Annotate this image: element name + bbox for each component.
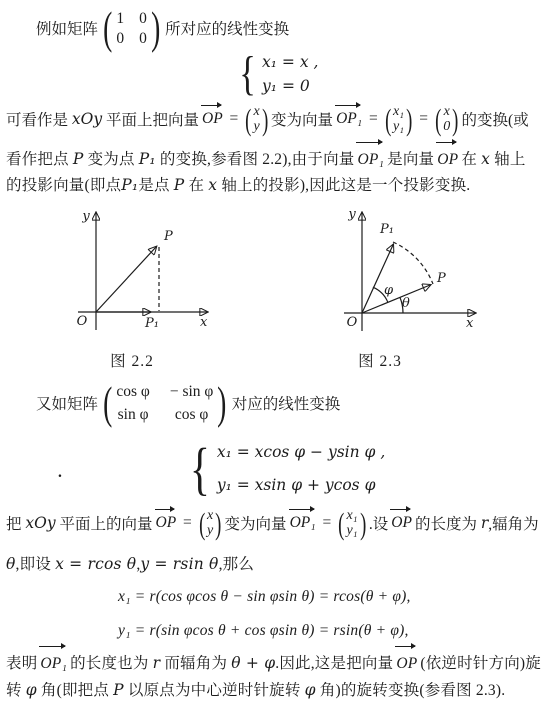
- matrix-cell: 0: [139, 10, 147, 27]
- text-run: 轴上: [490, 151, 525, 168]
- math-run: P: [73, 150, 84, 168]
- vector-op: OP: [155, 514, 178, 532]
- text-run: 对应的线性变换: [232, 392, 341, 414]
- point-p-label: P: [436, 271, 446, 286]
- figure-2-3-rotation: y P₁ P φ θ O x: [330, 202, 490, 342]
- text-run: 转: [6, 682, 26, 699]
- math-run: xOy: [25, 514, 55, 532]
- equation-y1-rotation: y₁ = r(sin φcos θ + cos φsin θ) = rsin(θ…: [118, 622, 409, 640]
- text-run: 平面上把向量: [102, 108, 199, 130]
- text-run: 的变换,参看图 2.2),由于向量: [156, 151, 355, 168]
- right-paren: ): [452, 104, 458, 135]
- vector-label: OP: [391, 514, 412, 531]
- math-run: θ: [6, 555, 16, 573]
- math-run: y = rsin θ: [140, 555, 218, 573]
- text-run: 而辐角为: [160, 655, 231, 672]
- math-run: x = rcos θ: [55, 555, 136, 573]
- paragraph-conclusion-line2: 转 φ 角(即把点 P 以原点为中心逆时针旋转 φ 角)的旋转变换(参看图 2.…: [6, 677, 554, 704]
- point-p1-label: P₁: [379, 222, 394, 237]
- vector-label: OP₁: [290, 514, 316, 531]
- paragraph-projection-line1: 可看作是 xOy 平面上把向量OP = (xy)变为向量OP₁ = (x₁y₁)…: [6, 96, 529, 142]
- vector-label: OP₁: [357, 151, 384, 168]
- vector-arrow-icon: [390, 509, 410, 510]
- left-paren: (: [245, 104, 251, 135]
- right-paren: ): [217, 380, 226, 426]
- vector-op: OP: [201, 110, 224, 128]
- point-p1-label: P₁: [144, 316, 159, 331]
- math-run: φ: [305, 681, 316, 699]
- vector-label: OP₁: [40, 655, 67, 672]
- matrix-2x2-projection: (1000): [100, 5, 163, 51]
- text-run: 的长度也为: [70, 655, 153, 672]
- text-run: 的变换(或: [462, 108, 529, 130]
- text-run: =: [226, 110, 243, 128]
- y-axis-label: y: [81, 209, 90, 224]
- theta-label: θ: [402, 296, 410, 311]
- math-run: P₁: [139, 150, 156, 168]
- vector-op1-line: [362, 245, 393, 313]
- equation-line: y₁ = 0: [262, 74, 318, 98]
- vector-entry: y: [207, 523, 213, 538]
- text-run: 看作把点: [6, 151, 73, 168]
- figure-2-3-caption: 图 2.3: [330, 349, 430, 371]
- column-vector-x1y1: (x₁y₁): [336, 508, 368, 539]
- vector-entry: y₁: [393, 119, 404, 134]
- text-run: 又如矩阵: [36, 392, 98, 414]
- vector-entry: y: [254, 119, 260, 134]
- vector-op1: OP₁: [356, 147, 385, 173]
- left-paren: (: [103, 380, 112, 426]
- vector-arrow-icon: [356, 142, 382, 143]
- text-run: .设: [369, 512, 388, 534]
- equation-lines: x₁ = xcos φ − ysin φ ,y₁ = xsin φ + ycos…: [217, 436, 385, 502]
- text-run: 是向量: [387, 151, 434, 168]
- paragraph-projection-line3: 的投影向量(即点P₁是点 P 在 x 轴上的投影),因此这是一个投影变换.: [6, 172, 554, 199]
- paragraph-rotation-matrix: 又如矩阵 (cos φ− sin φsin φcos φ) 对应的线性变换: [36, 376, 340, 430]
- matrix-cell: 0: [139, 30, 147, 47]
- right-paren: ): [262, 104, 268, 135]
- vector-op1: OP₁: [39, 651, 68, 677]
- text-run: (依逆时针方向)旋: [420, 655, 541, 672]
- text-run: 的长度为: [415, 512, 481, 534]
- column-vector-xy: (xy): [243, 104, 270, 135]
- matrix-cell: cos φ: [170, 405, 214, 424]
- math-run: φ: [26, 681, 37, 699]
- paragraph-rotation-line1: 把 xOy 平面上的向量OP = (xy)变为向量OP₁ = (x₁y₁).设O…: [6, 500, 539, 546]
- vector-arrow-icon: [201, 105, 221, 106]
- equation-x1-rotation: x₁ = r(cos φcos θ − sin φsin θ) = rcos(θ…: [118, 588, 411, 606]
- matrix-cell: 1: [116, 10, 124, 27]
- text-run: =: [365, 110, 382, 128]
- math-run: x: [481, 150, 490, 168]
- matrix-cell: cos φ: [116, 382, 149, 401]
- vector-arrow-icon: [395, 646, 415, 647]
- text-run: 在: [184, 177, 208, 194]
- vector-entry: y₁: [346, 523, 357, 538]
- text-run: 变为点: [84, 151, 139, 168]
- stray-period: .: [58, 464, 62, 482]
- matrix-cell: sin φ: [116, 405, 149, 424]
- phi-label: φ: [384, 283, 394, 298]
- vector-arrow-icon: [155, 509, 175, 510]
- math-run: θ + φ: [231, 654, 275, 672]
- text-run: =: [415, 110, 432, 128]
- left-brace: {: [239, 50, 256, 98]
- text-run: =: [179, 514, 196, 532]
- text-run: 可看作是: [6, 108, 72, 130]
- figure-2-2-projection: y P O P₁ x: [60, 202, 220, 342]
- equation-line: x₁ = xcos φ − ysin φ ,: [217, 436, 385, 469]
- vector-entry: x: [254, 104, 260, 119]
- math-run: P: [174, 176, 185, 194]
- x-axis-label: x: [466, 316, 474, 331]
- text-run: =: [319, 514, 336, 532]
- x-axis-label: x: [200, 315, 208, 330]
- matrix-cell: 0: [116, 30, 124, 47]
- text-run: 的投影向量(即点: [6, 177, 121, 194]
- text-run: ,辐角为: [488, 512, 538, 534]
- vector-arrow-icon: [289, 509, 314, 510]
- vector-op: OP: [436, 147, 459, 173]
- origin-label: O: [347, 315, 358, 330]
- left-paren: (: [103, 5, 112, 51]
- math-run: r: [481, 514, 488, 532]
- vector-arrow-icon: [335, 105, 360, 106]
- figure-2-2-caption: 图 2.2: [82, 349, 182, 371]
- matrix-cells: 1000: [115, 10, 148, 47]
- matrix-2x2-rotation: (cos φ− sin φsin φcos φ): [100, 380, 230, 426]
- vector-label: OP: [396, 655, 417, 672]
- text-run: ,那么: [219, 556, 254, 573]
- equation-lines: x₁ = x ,y₁ = 0: [262, 50, 318, 98]
- vector-op1: OP₁: [289, 514, 317, 532]
- text-run: 是点: [138, 177, 173, 194]
- left-paren: (: [338, 508, 344, 539]
- paragraph-projection-line2: 看作把点 P 变为点 P₁ 的变换,参看图 2.2),由于向量OP₁是向量OP在…: [6, 146, 554, 173]
- paragraph-rotation-line2: θ,即设 x = rcos θ,y = rsin θ,那么: [6, 551, 554, 578]
- rotation-dashed-arc: [393, 242, 433, 284]
- column-vector-xy: (xy): [197, 508, 224, 539]
- vector-label: OP: [437, 151, 458, 168]
- point-p-label: P: [163, 229, 173, 244]
- origin-label: O: [77, 314, 88, 329]
- vector-label: OP: [202, 110, 223, 127]
- vector-arrow-icon: [39, 646, 65, 647]
- text-run: 例如矩阵: [36, 17, 98, 39]
- vector-arrow-icon: [436, 142, 456, 143]
- vector-op: OP: [395, 651, 418, 677]
- math-run: xOy: [72, 110, 102, 128]
- text-run: 所对应的线性变换: [165, 17, 289, 39]
- math-run: P: [113, 681, 124, 699]
- vector-entry: x₁: [346, 508, 357, 523]
- text-run: 以原点为中心逆时针旋转: [124, 682, 305, 699]
- math-run: P₁: [121, 176, 138, 194]
- text-run: .因此,这是把向量: [275, 655, 393, 672]
- vector-entry: x: [207, 508, 213, 523]
- equation-system-2: { x₁ = xcos φ − ysin φ ,y₁ = xsin φ + yc…: [186, 436, 385, 502]
- left-paren: (: [435, 104, 441, 135]
- text-run: 变为向量: [271, 108, 333, 130]
- right-paren: ): [151, 5, 160, 51]
- vector-label: OP: [156, 514, 177, 531]
- right-paren: ): [406, 104, 412, 135]
- matrix-cell: − sin φ: [170, 382, 214, 401]
- text-run: 角(即把点: [37, 682, 113, 699]
- column-vector-x0: (x0): [433, 104, 461, 135]
- paragraph-conclusion-line1: 表明OP₁的长度也为 r 而辐角为 θ + φ.因此,这是把向量OP(依逆时针方…: [6, 650, 554, 677]
- left-paren: (: [385, 104, 391, 135]
- vector-entry: 0: [443, 119, 450, 134]
- text-run: 把: [6, 512, 25, 534]
- vector-op-line: [96, 247, 156, 312]
- vector-label: OP₁: [336, 110, 362, 127]
- right-paren: ): [215, 508, 221, 539]
- text-run: 在: [461, 151, 481, 168]
- equation-line: x₁ = x ,: [262, 50, 318, 74]
- vector-op1: OP₁: [335, 110, 363, 128]
- vector-entry: x₁: [393, 104, 404, 119]
- text-run: 轴上的投影),因此这是一个投影变换.: [217, 177, 470, 194]
- text-run: ,即设: [16, 556, 56, 573]
- paragraph-example-matrix: 例如矩阵 (1000) 所对应的线性变换: [36, 5, 289, 51]
- vector-entry: x: [444, 104, 450, 119]
- equation-line: y₁ = xsin φ + ycos φ: [217, 469, 385, 502]
- vector-op: OP: [390, 514, 413, 532]
- right-paren: ): [360, 508, 366, 539]
- equation-system-1: { x₁ = x ,y₁ = 0: [236, 50, 318, 98]
- matrix-cells: cos φ− sin φsin φcos φ: [115, 382, 214, 424]
- text-run: 变为向量: [225, 512, 287, 534]
- math-run: x: [208, 176, 217, 194]
- text-run: 表明: [6, 655, 37, 672]
- column-vector-x1y1: (x₁y₁): [383, 104, 415, 135]
- text-run: 角)的旋转变换(参看图 2.3).: [316, 682, 506, 699]
- y-axis-label: y: [347, 207, 356, 222]
- text-run: 平面上的向量: [56, 512, 153, 534]
- left-brace: {: [190, 440, 210, 498]
- left-paren: (: [199, 508, 205, 539]
- textbook-page: 例如矩阵 (1000) 所对应的线性变换 { x₁ = x ,y₁ = 0 可看…: [0, 0, 556, 704]
